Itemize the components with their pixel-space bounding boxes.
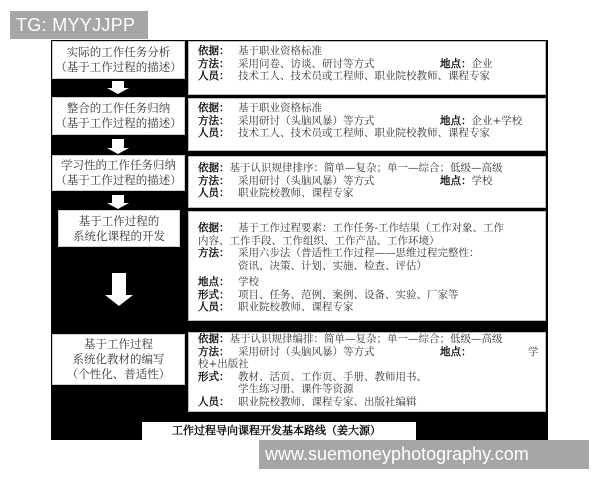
label-method: 方法： (198, 247, 238, 260)
label-people: 人员： (198, 187, 238, 200)
stage-title-line: （基于工作过程的描述） (53, 60, 184, 75)
label-location: 地点： (440, 175, 472, 187)
stage-4-box: 基于工作过程的 系统化课程的开发 (58, 210, 180, 247)
value-basis: 基于认识规律编排：简单—复杂；单一—综合；低级—高级 (230, 333, 503, 345)
value-people: 职业院校教师、课程专家 (238, 187, 354, 199)
label-people: 人员： (198, 301, 238, 314)
detail-row-basis: 依据：基于职业资格标准 (198, 102, 537, 115)
detail-row-method: 方法：采用研讨（头脑风暴）等方式地点：学校 (198, 175, 537, 188)
value-form: 教材、活页、工作页、手册、教师用书、 (238, 371, 427, 383)
label-basis: 依据： (198, 162, 230, 174)
value-location: 企业 (472, 58, 493, 70)
stage-title-line: 整合的工作任务归纳 (53, 101, 184, 116)
stage-3-details: 依据：基于认识规律排序：简单—复杂；单一—综合；低级—高级 方法：采用研讨（头脑… (188, 156, 546, 208)
detail-row-method: 方法：采用问卷、访谈、研讨等方式地点：企业 (198, 58, 537, 71)
detail-row-basis: 依据：基于职业资格标准 (198, 45, 537, 58)
detail-row-method: 方法：采用研讨（头脑风暴）等方式地点：学 (198, 346, 537, 359)
value-method: 采用研讨（头脑风暴）等方式 (238, 346, 375, 358)
label-location: 地点： (440, 115, 472, 127)
value-basis: 基于职业资格标准 (238, 45, 322, 57)
stage-2-details: 依据：基于职业资格标准 方法：采用研讨（头脑风暴）等方式地点：企业+学校 人员：… (188, 98, 546, 151)
detail-row-basis: 依据：基于认识规律排序：简单—复杂；单一—综合；低级—高级 (198, 162, 537, 175)
detail-row-basis: 依据：基于认识规律编排：简单—复杂；单一—综合；低级—高级 (198, 333, 537, 346)
label-method: 方法： (198, 346, 238, 359)
stage-title-line: （基于工作过程的描述） (53, 116, 184, 131)
value-people: 职业院校教师、课程专家 (238, 301, 354, 313)
location: 地点：学校 (440, 175, 493, 188)
watermark-bottom: www.suemoneyphotography.com (259, 440, 589, 469)
stage-5-details: 依据：基于认识规律编排：简单—复杂；单一—综合；低级—高级 方法：采用研讨（头脑… (188, 332, 546, 412)
detail-row-method: 方法：采用研讨（头脑风暴）等方式地点：企业+学校 (198, 115, 537, 128)
value-location: 学校 (472, 175, 493, 187)
detail-row-people: 人员：技术工人、技术员或工程师、职业院校教师、课程专家 (198, 70, 537, 83)
value-people: 职业院校教师、课程专家、出版社编辑 (238, 396, 417, 408)
detail-row-people: 人员：技术工人、技术员或工程师、职业院校教师、课程专家 (198, 127, 537, 140)
label-basis: 依据： (198, 102, 238, 115)
value-form: 项目、任务、范例、案例、设备、实验、厂家等 (238, 289, 459, 301)
detail-row-form: 形式：教材、活页、工作页、手册、教师用书、 (198, 371, 537, 384)
stage-2-box: 整合的工作任务归纳 （基于工作过程的描述） (52, 97, 185, 135)
value-method: 采用问卷、访谈、研讨等方式 (238, 58, 375, 70)
value-people: 技术工人、技术员或工程师、职业院校教师、课程专家 (238, 70, 490, 82)
detail-row-location: 地点：学校 (198, 276, 537, 289)
detail-row-form-cont: 学生练习册、课件等资源 (198, 383, 537, 396)
stage-1-box: 实际的工作任务分析 （基于工作过程的描述） (52, 41, 185, 79)
label-basis: 依据： (198, 222, 238, 235)
value-method: 采用研讨（头脑风暴）等方式 (238, 175, 375, 187)
value-location: 学 (528, 346, 539, 359)
value-basis: 基于职业资格标准 (238, 102, 322, 114)
flow-diagram: 实际的工作任务分析 （基于工作过程的描述） 依据：基于职业资格标准 方法：采用问… (51, 40, 548, 440)
stage-title-line: （个性化、普适性） (53, 367, 184, 382)
label-basis: 依据： (198, 333, 230, 345)
label-people: 人员： (198, 396, 238, 409)
label-location: 地点： (198, 276, 238, 289)
value-basis: 基于工作过程要素：工作任务-工作结果（工作对象、工作 (238, 222, 504, 234)
value-location: 学校 (238, 276, 259, 288)
value-location: 企业+学校 (472, 115, 523, 127)
stage-title-line: （基于工作过程的描述） (53, 173, 184, 188)
detail-row-method-cont: 资讯、决策、计划、实施、检查、评估） (198, 260, 537, 273)
label-method: 方法： (198, 115, 238, 128)
stage-title-line: 学习性的工作任务归纳 (53, 158, 184, 173)
label-people: 人员： (198, 70, 238, 83)
label-method: 方法： (198, 175, 238, 188)
label-form: 形式： (198, 371, 238, 384)
detail-row-people: 人员：职业院校教师、课程专家 (198, 301, 537, 314)
label-people: 人员： (198, 127, 238, 140)
label-basis: 依据： (198, 45, 238, 58)
label-method: 方法： (198, 58, 238, 71)
detail-row-location-cont: 校+出版社 (198, 358, 537, 371)
stage-title-line: 系统化教材的编写 (53, 352, 184, 367)
detail-row-form: 形式：项目、任务、范例、案例、设备、实验、厂家等 (198, 289, 537, 302)
watermark-top: TG: MYYJJPP (10, 11, 148, 39)
value-basis: 基于认识规律排序：简单—复杂；单一—综合；低级—高级 (230, 162, 503, 174)
detail-row-people: 人员：职业院校教师、课程专家、出版社编辑 (198, 396, 537, 409)
location: 地点：企业 (440, 58, 493, 71)
value-method: 采用研讨（头脑风暴）等方式 (238, 115, 375, 127)
location: 地点：企业+学校 (440, 115, 522, 128)
stage-title-line: 系统化课程的开发 (59, 229, 179, 244)
stage-3-box: 学习性的工作任务归纳 （基于工作过程的描述） (52, 155, 185, 191)
detail-row-basis: 依据：基于工作过程要素：工作任务-工作结果（工作对象、工作 (198, 222, 537, 235)
detail-row-people: 人员：职业院校教师、课程专家 (198, 187, 537, 200)
label-form: 形式： (198, 289, 238, 302)
label-location: 地点： (440, 58, 472, 70)
location: 地点： (440, 346, 472, 359)
value-people: 技术工人、技术员或工程师、职业院校教师、课程专家 (238, 127, 490, 139)
detail-row-method: 方法：采用六步法（普适性工作过程——思维过程完整性： (198, 247, 537, 260)
stage-title-line: 实际的工作任务分析 (53, 45, 184, 60)
stage-title-line: 基于工作过程的 (59, 214, 179, 229)
detail-row-basis-cont: 内容、工作手段、工作组织、工作产品、工作环境） (198, 235, 537, 248)
stage-4-details: 依据：基于工作过程要素：工作任务-工作结果（工作对象、工作 内容、工作手段、工作… (188, 211, 546, 321)
label-location: 地点： (440, 346, 472, 358)
stage-1-details: 依据：基于职业资格标准 方法：采用问卷、访谈、研讨等方式地点：企业 人员：技术工… (188, 41, 546, 95)
value-method: 采用六步法（普适性工作过程——思维过程完整性： (238, 247, 480, 259)
diagram-caption: 工作过程导向课程开发基本路线（姜大源） (142, 422, 416, 440)
stage-title-line: 基于工作过程 (53, 337, 184, 352)
stage-5-box: 基于工作过程 系统化教材的编写 （个性化、普适性） (52, 334, 185, 385)
